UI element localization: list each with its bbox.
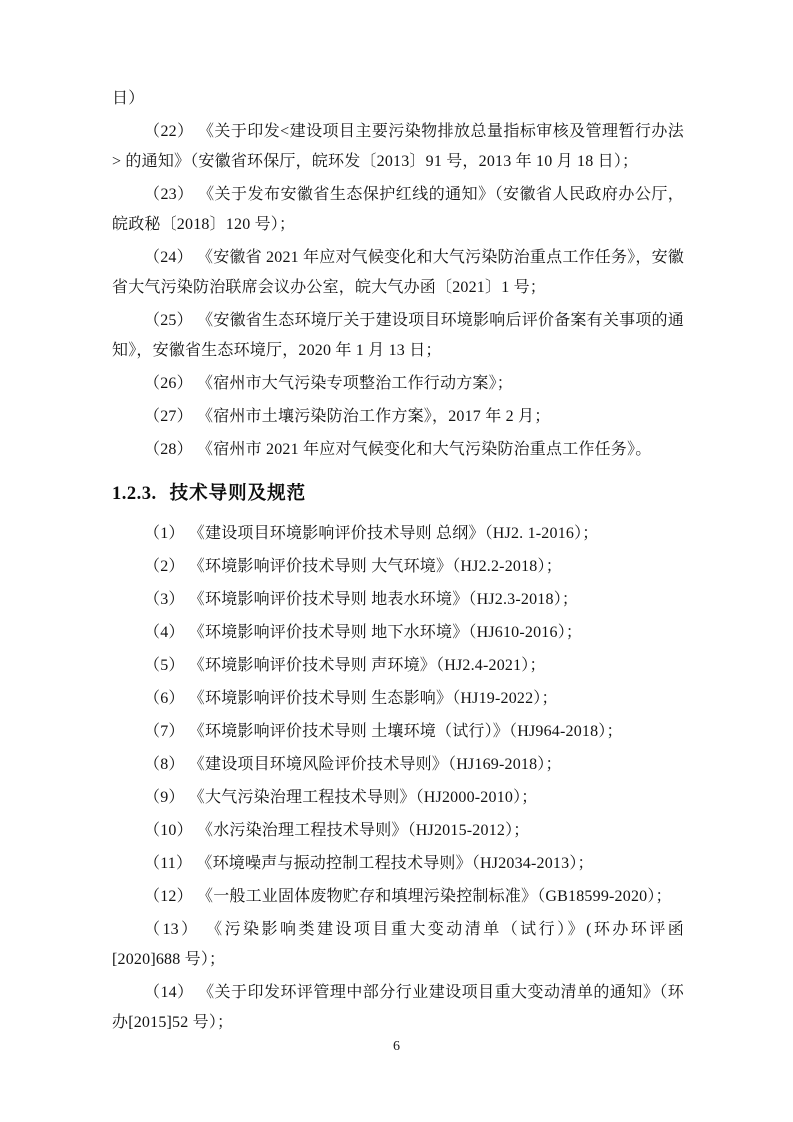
technical-guideline-item: （14） 《关于印发环评管理中部分行业建设项目重大变动清单的通知》（环办[201… — [112, 978, 684, 1038]
regulatory-reference-item: （28） 《宿州市 2021 年应对气候变化和大气污染防治重点工作任务》。 — [112, 435, 684, 465]
regulatory-reference-item: （23） 《关于发布安徽省生态保护红线的通知》（安徽省人民政府办公厅，皖政秘〔2… — [112, 180, 684, 240]
page-number: 6 — [0, 1037, 793, 1057]
technical-guideline-item: （3） 《环境影响评价技术导则 地表水环境》（HJ2.3-2018）； — [112, 585, 684, 615]
section-heading-number: 1.2.3. — [112, 484, 157, 504]
section-heading: 1.2.3.技术导则及规范 — [112, 479, 684, 508]
regulatory-reference-item: （22） 《关于印发<建设项目主要污染物排放总量指标审核及管理暂行办法> 的通知… — [112, 117, 684, 177]
section-heading-title: 技术导则及规范 — [170, 482, 307, 503]
technical-guideline-item: （1） 《建设项目环境影响评价技术导则 总纲》（HJ2. 1-2016）； — [112, 519, 684, 549]
continuation-line: 日） — [112, 84, 684, 114]
regulatory-reference-item: （25） 《安徽省生态环境厅关于建设项目环境影响后评价备案有关事项的通知》，安徽… — [112, 306, 684, 366]
technical-guideline-item: （13） 《污染影响类建设项目重大变动清单（试行）》(环办环评函[2020]68… — [112, 915, 684, 975]
technical-guideline-item: （11） 《环境噪声与振动控制工程技术导则》（HJ2034-2013）； — [112, 849, 684, 879]
technical-guideline-item: （5） 《环境影响评价技术导则 声环境》（HJ2.4-2021）； — [112, 651, 684, 681]
technical-guideline-item: （7） 《环境影响评价技术导则 土壤环境（试行）》（HJ964-2018）； — [112, 717, 684, 747]
technical-guideline-item: （8） 《建设项目环境风险评价技术导则》（HJ169-2018）； — [112, 750, 684, 780]
technical-guideline-item: （10） 《水污染治理工程技术导则》（HJ2015-2012）； — [112, 816, 684, 846]
regulatory-reference-list: （22） 《关于印发<建设项目主要污染物排放总量指标审核及管理暂行办法> 的通知… — [112, 117, 684, 465]
document-page: 日） （22） 《关于印发<建设项目主要污染物排放总量指标审核及管理暂行办法> … — [0, 0, 793, 1122]
regulatory-reference-item: （27） 《宿州市土壤污染防治工作方案》，2017 年 2 月； — [112, 402, 684, 432]
regulatory-reference-item: （24） 《安徽省 2021 年应对气候变化和大气污染防治重点工作任务》，安徽省… — [112, 243, 684, 303]
technical-guideline-item: （2） 《环境影响评价技术导则 大气环境》（HJ2.2-2018）； — [112, 552, 684, 582]
technical-guideline-item: （4） 《环境影响评价技术导则 地下水环境》（HJ610-2016）； — [112, 618, 684, 648]
technical-guideline-item: （6） 《环境影响评价技术导则 生态影响》（HJ19-2022）； — [112, 684, 684, 714]
page-body: 日） （22） 《关于印发<建设项目主要污染物排放总量指标审核及管理暂行办法> … — [112, 84, 684, 1041]
technical-guideline-item: （12） 《一般工业固体废物贮存和填埋污染控制标准》（GB18599-2020）… — [112, 882, 684, 912]
regulatory-reference-item: （26） 《宿州市大气污染专项整治工作行动方案》； — [112, 369, 684, 399]
technical-guideline-item: （9） 《大气污染治理工程技术导则》（HJ2000-2010）； — [112, 783, 684, 813]
technical-guideline-list: （1） 《建设项目环境影响评价技术导则 总纲》（HJ2. 1-2016）； （2… — [112, 519, 684, 1038]
